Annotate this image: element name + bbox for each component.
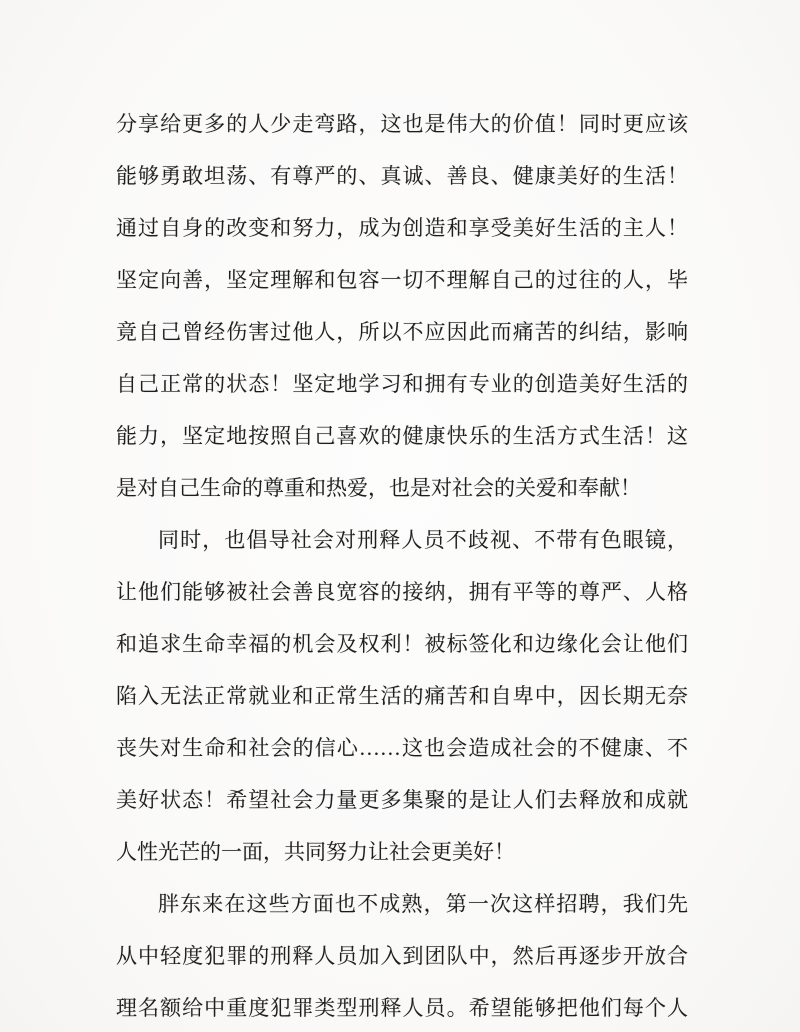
text-line: 美好状态！希望社会力量更多集聚的是让人们去释放和成就 [116,774,688,826]
text-line: 和追求生命幸福的机会及权利！被标签化和边缘化会让他们 [116,618,688,670]
paragraph-3: 胖东来在这些方面也不成熟，第一次这样招聘，我们先从中轻度犯罪的刑释人员加入到团队… [116,878,688,1032]
text-line: 分享给更多的人少走弯路，这也是伟大的价值！同时更应该 [116,98,688,150]
text-body: 分享给更多的人少走弯路，这也是伟大的价值！同时更应该能够勇敢坦荡、有尊严的、真诚… [116,98,688,1032]
text-line: 让他们能够被社会善良宽容的接纳，拥有平等的尊严、人格 [116,566,688,618]
text-line: 胖东来在这些方面也不成熟，第一次这样招聘，我们先 [116,878,688,930]
paragraph-1: 分享给更多的人少走弯路，这也是伟大的价值！同时更应该能够勇敢坦荡、有尊严的、真诚… [116,98,688,514]
text-line: 陷入无法正常就业和正常生活的痛苦和自卑中，因长期无奈 [116,670,688,722]
text-line: 人性光芒的一面，共同努力让社会更美好！ [116,826,688,878]
text-line: 能力，坚定地按照自己喜欢的健康快乐的生活方式生活！这 [116,410,688,462]
text-line: 竟自己曾经伤害过他人，所以不应因此而痛苦的纠结，影响 [116,306,688,358]
text-line: 理名额给中重度犯罪类型刑释人员。希望能够把他们每个人 [116,982,688,1032]
text-line: 坚定向善，坚定理解和包容一切不理解自己的过往的人，毕 [116,254,688,306]
text-line: 是对自己生命的尊重和热爱，也是对社会的关爱和奉献！ [116,462,688,514]
text-line: 同时，也倡导社会对刑释人员不歧视、不带有色眼镜， [116,514,688,566]
text-line: 丧失对生命和社会的信心……这也会造成社会的不健康、不 [116,722,688,774]
text-line: 通过自身的改变和努力，成为创造和享受美好生活的主人！ [116,202,688,254]
text-line: 从中轻度犯罪的刑释人员加入到团队中，然后再逐步开放合 [116,930,688,982]
document-page: 分享给更多的人少走弯路，这也是伟大的价值！同时更应该能够勇敢坦荡、有尊严的、真诚… [0,0,800,1032]
paragraph-2: 同时，也倡导社会对刑释人员不歧视、不带有色眼镜，让他们能够被社会善良宽容的接纳，… [116,514,688,878]
text-line: 能够勇敢坦荡、有尊严的、真诚、善良、健康美好的生活！ [116,150,688,202]
text-line: 自己正常的状态！坚定地学习和拥有专业的创造美好生活的 [116,358,688,410]
